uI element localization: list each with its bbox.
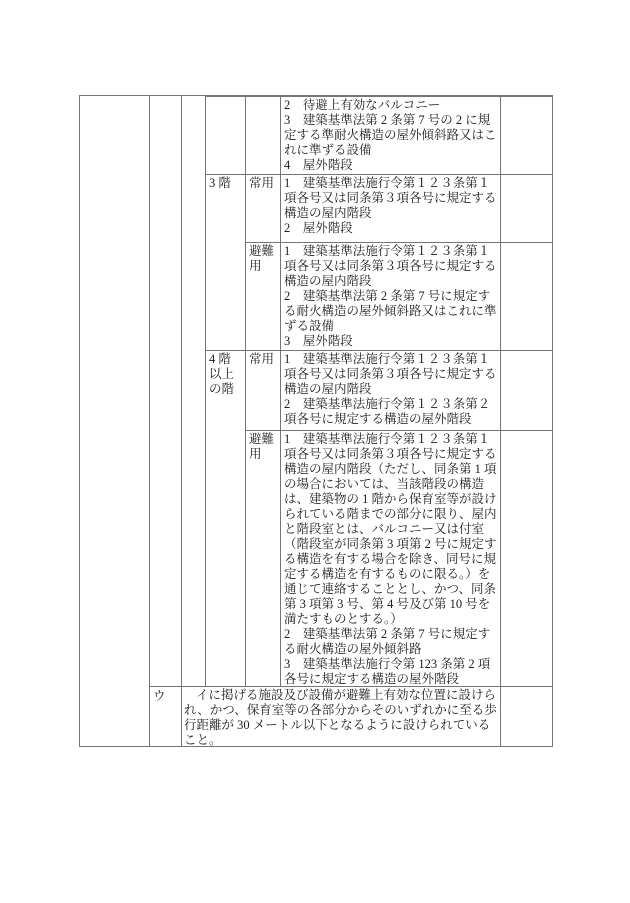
provision-cell: 2 待避上有効なバルコニー 3 建築基準法第 2 条第 7 号の 2 に規定する… <box>281 97 501 175</box>
provision-item: 3 建築基準法施行令第 123 条第 2 項各号に規定する構造の屋外階段 <box>284 657 497 686</box>
provision-item: 1 建築基準法施行令第１２３条第１項各号又は同条第３項各号に規定する構造の屋内階… <box>284 176 497 221</box>
remarks-cell <box>501 175 553 243</box>
remarks-cell <box>501 351 553 431</box>
item-i-row: 2 待避上有効なバルコニー 3 建築基準法第 2 条第 7 号の 2 に規定する… <box>150 96 552 687</box>
provision-cell: 1 建築基準法施行令第１２３条第１項各号又は同条第３項各号に規定する構造の屋内階… <box>281 431 501 687</box>
item-marker-cell-empty <box>150 96 182 686</box>
table-main-area: 2 待避上有効なバルコニー 3 建築基準法第 2 条第 7 号の 2 に規定する… <box>150 96 552 746</box>
provision-item: 1 建築基準法施行令第１２３条第１項各号又は同条第３項各号に規定する構造の屋内階… <box>284 244 497 289</box>
floor-cell: 4 階以上の階 <box>206 351 246 687</box>
use-type-cell: 常用 <box>246 175 281 243</box>
floor-cell: 3 階 <box>206 175 246 351</box>
item-u-row: ウ イに掲げる施設及び設備が避難上有効な位置に設けられ、かつ、保育室等の各部分か… <box>150 687 552 746</box>
provision-cell: 1 建築基準法施行令第１２３条第１項各号又は同条第３項各号に規定する構造の屋内階… <box>281 175 501 243</box>
regulation-table: 2 待避上有効なバルコニー 3 建築基準法第 2 条第 7 号の 2 に規定する… <box>79 95 553 747</box>
provision-item: 2 建築基準法第 2 条第 7 号に規定する耐火構造の屋外傾斜路又はこれに準ずる… <box>284 289 497 334</box>
item-marker-cell: ウ <box>150 687 182 746</box>
remarks-cell <box>501 243 553 351</box>
table-row: 避難用 1 建築基準法施行令第１２３条第１項各号又は同条第３項各号に規定する構造… <box>206 431 553 687</box>
provision-item: 3 屋外階段 <box>284 334 497 349</box>
remarks-cell <box>501 431 553 687</box>
use-type-cell: 常用 <box>246 351 281 431</box>
table-row: 避難用 1 建築基準法施行令第１２３条第１項各号又は同条第３項各号に規定する構造… <box>206 243 553 351</box>
provision-cell: 1 建築基準法施行令第１２３条第１項各号又は同条第３項各号に規定する構造の屋内階… <box>281 243 501 351</box>
provision-item: 1 建築基準法施行令第１２３条第１項各号又は同条第３項各号に規定する構造の屋内階… <box>284 352 497 397</box>
remarks-cell <box>500 687 552 746</box>
provision-item: 2 建築基準法施行令第１２３条第２項各号に規定する構造の屋外階段 <box>284 397 497 427</box>
item-marker: ウ <box>153 689 166 703</box>
provision-cell: 1 建築基準法施行令第１２３条第１項各号又は同条第３項各号に規定する構造の屋内階… <box>281 351 501 431</box>
floor-cell <box>206 97 246 175</box>
remarks-cell <box>501 97 553 175</box>
document-page: 2 待避上有効なバルコニー 3 建築基準法第 2 条第 7 号の 2 に規定する… <box>0 0 630 903</box>
provision-item: 2 建築基準法第 2 条第 7 号に規定する耐火構造の屋外傾斜路 <box>284 627 497 657</box>
table-row: 3 階 常用 1 建築基準法施行令第１２３条第１項各号又は同条第３項各号に規定す… <box>206 175 553 243</box>
table-row: 4 階以上の階 常用 1 建築基準法施行令第１２３条第１項各号又は同条第３項各号… <box>206 351 553 431</box>
outer-left-empty-column <box>80 96 150 746</box>
item-i-content: 2 待避上有効なバルコニー 3 建築基準法第 2 条第 7 号の 2 に規定する… <box>182 96 552 686</box>
use-type-cell: 避難用 <box>246 243 281 351</box>
provision-item: 4 屋外階段 <box>284 158 497 173</box>
provision-item: 2 待避上有効なバルコニー <box>284 98 497 113</box>
use-type-cell <box>246 97 281 175</box>
item-text-cell: イに掲げる施設及び設備が避難上有効な位置に設けられ、かつ、保育室等の各部分からそ… <box>182 687 500 746</box>
provision-item: 2 屋外階段 <box>284 221 497 236</box>
floor-provision-table: 2 待避上有効なバルコニー 3 建築基準法第 2 条第 7 号の 2 に規定する… <box>205 96 552 686</box>
provision-item: 3 建築基準法第 2 条第 7 号の 2 に規定する準耐火構造の屋外傾斜路又はこ… <box>284 113 497 158</box>
table-row: 2 待避上有効なバルコニー 3 建築基準法第 2 条第 7 号の 2 に規定する… <box>206 97 553 175</box>
item-u-text: イに掲げる施設及び設備が避難上有効な位置に設けられ、かつ、保育室等の各部分からそ… <box>184 688 498 748</box>
use-type-cell: 避難用 <box>246 431 281 687</box>
provision-item: 1 建築基準法施行令第１２３条第１項各号又は同条第３項各号に規定する構造の屋内階… <box>284 432 497 627</box>
